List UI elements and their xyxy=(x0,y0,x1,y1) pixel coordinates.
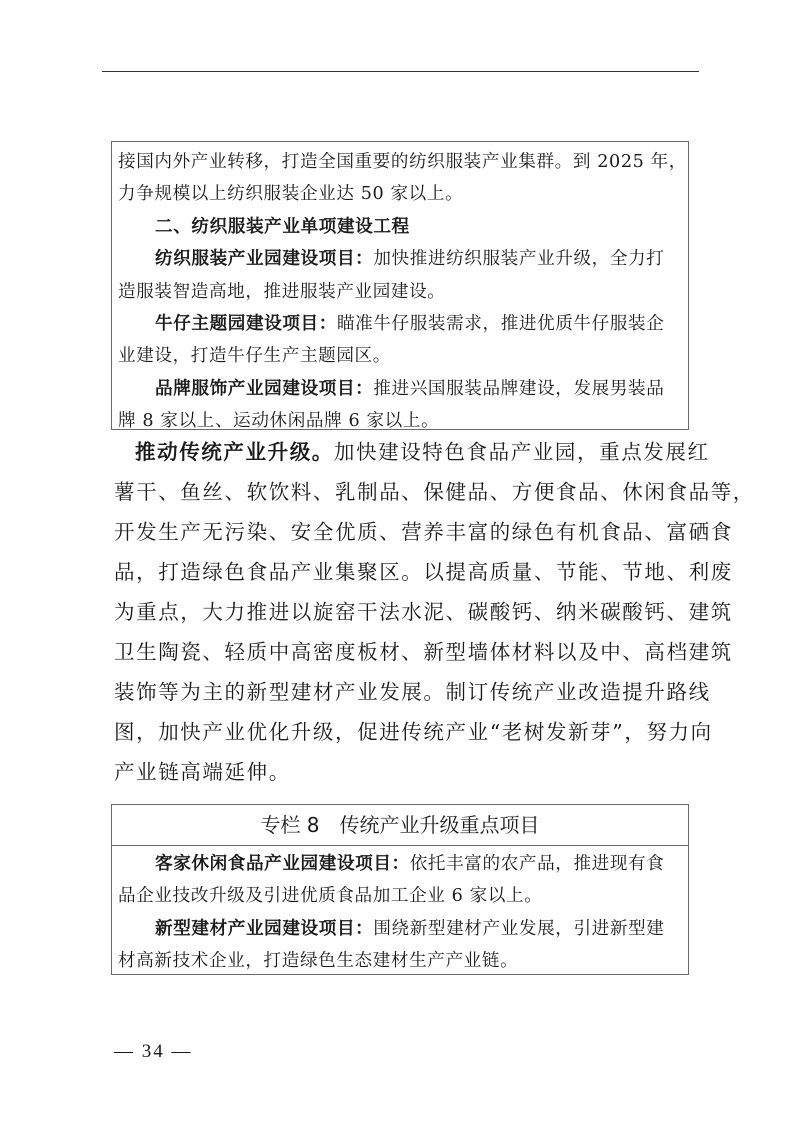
project-item: 牛仔主题园建设项目：瞄准牛仔服装需求，推进优质牛仔服装企 xyxy=(118,308,682,340)
project-item: 客家休闲食品产业园建设项目：依托丰富的农产品，推进现有食 xyxy=(118,848,682,880)
project-desc: 加快推进纺织服装产业升级，全力打 xyxy=(373,249,664,269)
paragraph-line: 开发生产无污染、安全优质、营养丰富的绿色有机食品、富硒食 xyxy=(114,512,694,552)
project-title: 新型建材产业园建设项目： xyxy=(155,919,373,939)
paragraph-line: 装饰等为主的新型建材产业发展。制订传统产业改造提升路线 xyxy=(114,672,694,712)
continued-feature-box: 接国内外产业转移，打造全国重要的纺织服装产业集群。到 2025 年， 力争规模以… xyxy=(111,141,689,430)
project-item: 纺织服装产业园建设项目：加快推进纺织服装产业升级，全力打 xyxy=(118,243,682,275)
project-title: 客家休闲食品产业园建设项目： xyxy=(155,854,410,874)
paragraph-line: 薯干、鱼丝、软饮料、乳制品、保健品、方便食品、休闲食品等， xyxy=(114,472,694,512)
box-text-line: 力争规模以上纺织服装企业达 50 家以上。 xyxy=(118,178,682,210)
project-desc: 瞄准牛仔服装需求，推进优质牛仔服装企 xyxy=(337,314,665,334)
feature-box-8: 专栏 8 传统产业升级重点项目 客家休闲食品产业园建设项目：依托丰富的农产品，推… xyxy=(111,804,689,975)
project-title: 纺织服装产业园建设项目： xyxy=(155,249,373,269)
project-desc: 依托丰富的农产品，推进现有食 xyxy=(410,854,665,874)
project-desc: 推进兴国服装品牌建设，发展男装品 xyxy=(373,379,664,399)
paragraph-lead: 推动传统产业升级。 xyxy=(135,440,334,464)
paragraph-line: 产业链高端延伸。 xyxy=(114,752,694,792)
section-heading: 二、纺织服装产业单项建设工程 xyxy=(118,211,682,243)
paragraph-line: 品，打造绿色食品产业集聚区。以提高质量、节能、节地、利废 xyxy=(114,552,694,592)
project-title: 牛仔主题园建设项目： xyxy=(155,314,337,334)
paragraph-text: 加快建设特色食品产业园，重点发展红 xyxy=(334,440,710,464)
paragraph-line: 图，加快产业优化升级，促进传统产业“老树发新芽”，努力向 xyxy=(114,712,694,752)
project-desc-cont: 造服装智造高地，推进服装产业园建设。 xyxy=(118,276,682,308)
page-number: — 34 — xyxy=(114,1041,193,1063)
paragraph-line: 卫生陶瓷、轻质中高密度板材、新型墙体材料以及中、高档建筑 xyxy=(114,632,694,672)
feature-box-body: 客家休闲食品产业园建设项目：依托丰富的农产品，推进现有食 品企业技改升级及引进优… xyxy=(112,846,688,978)
project-title: 品牌服饰产业园建设项目： xyxy=(155,379,373,399)
header-rule xyxy=(102,71,699,72)
feature-box-title: 专栏 8 传统产业升级重点项目 xyxy=(112,805,688,846)
project-item: 新型建材产业园建设项目：围绕新型建材产业发展，引进新型建 xyxy=(118,913,682,945)
paragraph-line: 为重点，大力推进以旋窑干法水泥、碳酸钙、纳米碳酸钙、建筑 xyxy=(114,592,694,632)
paragraph-line: 推动传统产业升级。加快建设特色食品产业园，重点发展红 xyxy=(114,432,694,472)
project-desc-cont: 材高新技术企业，打造绿色生态建材生产产业链。 xyxy=(118,945,682,977)
body-paragraph: 推动传统产业升级。加快建设特色食品产业园，重点发展红 薯干、鱼丝、软饮料、乳制品… xyxy=(114,432,694,792)
project-desc-cont: 品企业技改升级及引进优质食品加工企业 6 家以上。 xyxy=(118,880,682,912)
project-desc-cont: 业建设，打造牛仔生产主题园区。 xyxy=(118,340,682,372)
box-text-line: 接国内外产业转移，打造全国重要的纺织服装产业集群。到 2025 年， xyxy=(118,146,682,178)
project-desc: 围绕新型建材产业发展，引进新型建 xyxy=(373,919,664,939)
project-item: 品牌服饰产业园建设项目：推进兴国服装品牌建设，发展男装品 xyxy=(118,373,682,405)
